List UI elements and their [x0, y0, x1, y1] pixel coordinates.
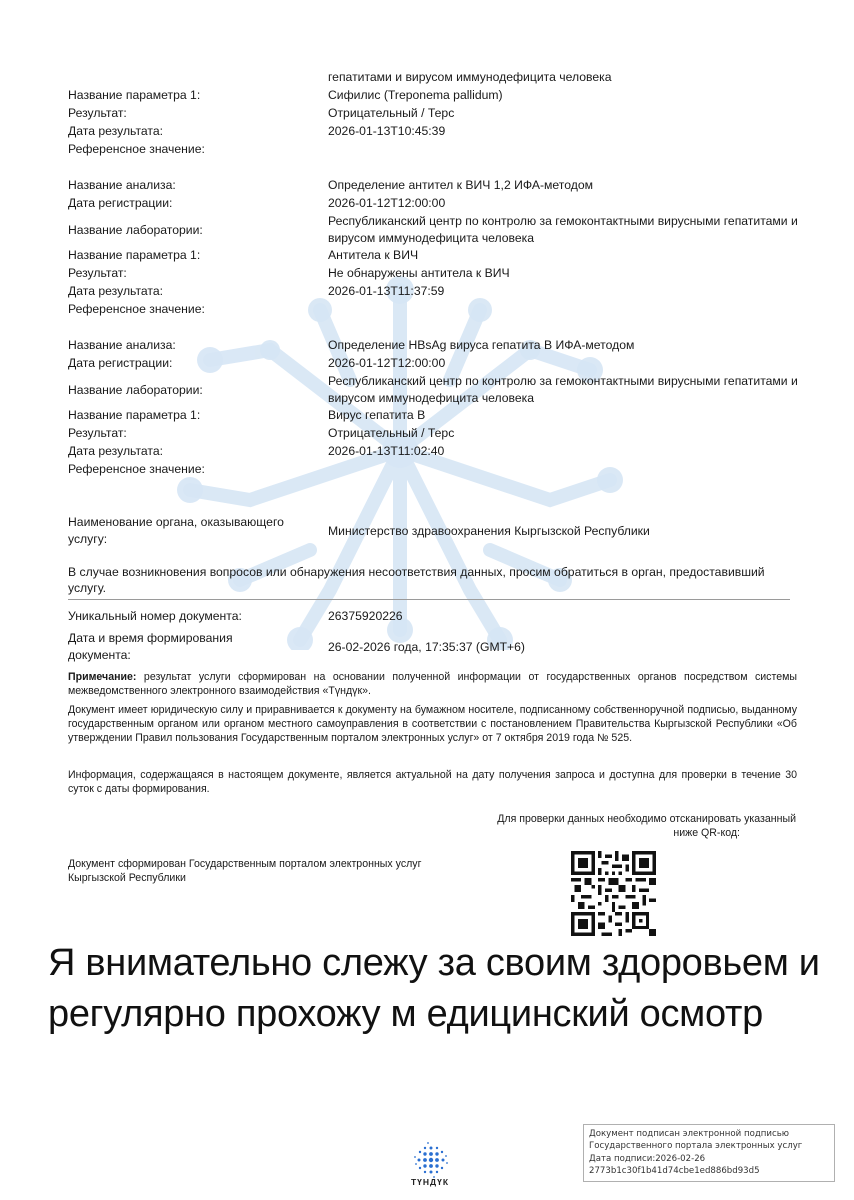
param-row: Название параметра 1: Антитела к ВИЧ — [68, 247, 798, 264]
result-date-label: Дата результата: — [68, 123, 328, 140]
service-org-label: Наименование органа, оказывающего услугу… — [68, 514, 328, 548]
reg-date-value: 2026-01-12T12:00:00 — [328, 195, 798, 212]
note-paragraph: Примечание: результат услуги сформирован… — [68, 670, 797, 698]
lab-name-continuation: гепатитами и вирусом иммунодефицита чело… — [68, 69, 798, 86]
formed-datetime-row: Дата и время формирования документа: 26-… — [68, 630, 798, 664]
lab-row: Название лаборатории: Республиканский це… — [68, 213, 798, 247]
result-date-value: 2026-01-13T11:37:59 — [328, 283, 798, 300]
result-value: Отрицательный / Терс — [328, 425, 798, 442]
signature-hash: 2773b1c30f1b41d74cbe1ed886bd93d5 — [589, 1165, 829, 1177]
reg-date-value: 2026-01-12T12:00:00 — [328, 355, 798, 372]
param-value: Вирус гепатита В — [328, 407, 798, 424]
reference-row: Референсное значение: — [68, 141, 798, 158]
result-date-row: Дата результата: 2026-01-13T11:37:59 — [68, 283, 798, 300]
analysis-row: Название анализа: Определение антител к … — [68, 177, 798, 194]
result-date-value: 2026-01-13T11:02:40 — [328, 443, 798, 460]
param-row: Название параметра 1: Вирус гепатита В — [68, 407, 798, 424]
service-org-row: Наименование органа, оказывающего услугу… — [68, 514, 798, 548]
qr-code-icon[interactable] — [571, 851, 656, 936]
result-value: Отрицательный / Терс — [328, 105, 798, 122]
param-label: Название параметра 1: — [68, 87, 328, 104]
result-row: Результат: Отрицательный / Терс — [68, 425, 798, 442]
validity-paragraph: Информация, содержащаяся в настоящем док… — [68, 768, 797, 796]
divider — [68, 599, 790, 600]
analysis-name: Определение HBsAg вируса гепатита В ИФА-… — [328, 337, 798, 354]
analysis-row: Название анализа: Определение HBsAg виру… — [68, 337, 798, 354]
reference-value — [328, 141, 798, 158]
unique-number-label: Уникальный номер документа: — [68, 608, 328, 625]
reference-row: Референсное значение: — [68, 461, 798, 478]
document-page: гепатитами и вирусом иммунодефицита чело… — [0, 0, 854, 1200]
reference-label: Референсное значение: — [68, 141, 328, 158]
formed-datetime-label: Дата и время формирования документа: — [68, 630, 328, 664]
unique-number-row: Уникальный номер документа: 26375920226 — [68, 608, 798, 625]
signature-box: Документ подписан электронной подписью Г… — [583, 1124, 835, 1182]
lab-name: Республиканский центр по контролю за гем… — [328, 373, 798, 407]
result-value: Не обнаружены антитела к ВИЧ — [328, 265, 798, 282]
reg-date-row: Дата регистрации: 2026-01-12T12:00:00 — [68, 355, 798, 372]
reference-row: Референсное значение: — [68, 301, 798, 318]
qr-instruction: Для проверки данных необходимо отсканиро… — [420, 812, 796, 840]
result-row: Результат: Отрицательный / Терс — [68, 105, 798, 122]
lab-row: Название лаборатории: Республиканский це… — [68, 373, 798, 407]
result-label: Результат: — [68, 105, 328, 122]
result-date-row: Дата результата: 2026-01-13T11:02:40 — [68, 443, 798, 460]
caption-text: Я внимательно слежу за своим здоровьем и… — [48, 938, 828, 1040]
formed-by-text: Документ сформирован Государственным пор… — [68, 857, 438, 885]
param-value: Сифилис (Treponema pallidum) — [328, 87, 798, 104]
contact-notice: В случае возникновения вопросов или обна… — [68, 564, 788, 596]
tunduk-logo-text: ТҮНДҮК — [402, 1177, 458, 1187]
service-org-value: Министерство здравоохранения Кыргызской … — [328, 523, 798, 540]
analysis-name: Определение антител к ВИЧ 1,2 ИФА-методо… — [328, 177, 798, 194]
result-row: Результат: Не обнаружены антитела к ВИЧ — [68, 265, 798, 282]
result-date-value: 2026-01-13T10:45:39 — [328, 123, 798, 140]
unique-number-value: 26375920226 — [328, 608, 798, 625]
formed-datetime-value: 26-02-2026 года, 17:35:37 (GMT+6) — [328, 639, 798, 656]
note-title: Примечание: — [68, 671, 136, 683]
reg-date-row: Дата регистрации: 2026-01-12T12:00:00 — [68, 195, 798, 212]
lab-name: Республиканский центр по контролю за гем… — [328, 213, 798, 247]
legal-paragraph: Документ имеет юридическую силу и прирав… — [68, 703, 797, 746]
param-row: Название параметра 1: Сифилис (Treponema… — [68, 87, 798, 104]
param-value: Антитела к ВИЧ — [328, 247, 798, 264]
result-date-row: Дата результата: 2026-01-13T10:45:39 — [68, 123, 798, 140]
